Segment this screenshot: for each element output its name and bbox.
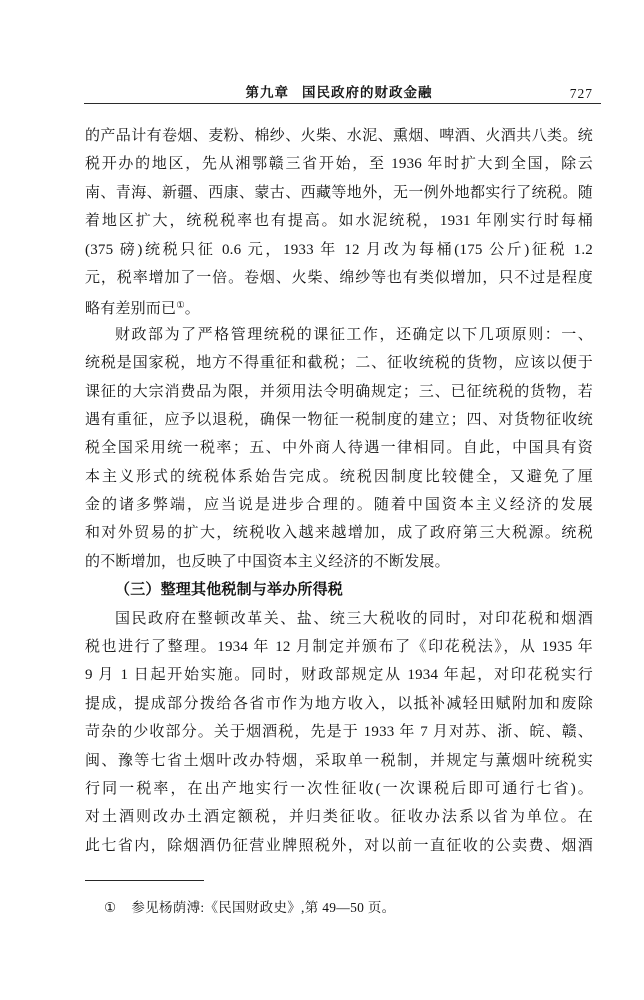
paragraph: 的产品计有卷烟、麦粉、棉纱、火柴、水泥、熏烟、啤酒、火酒共八类。统税开办的地区，… [85, 122, 593, 321]
text-line: 略有差别而已①。 [85, 292, 593, 320]
text-line: 的产品计有卷烟、麦粉、棉纱、火柴、水泥、熏烟、啤酒、火酒共八类。统 [85, 122, 593, 150]
text-line: (375 磅)统税只征 0.6 元，1933 年 12 月改为每桶(175 公斤… [85, 236, 593, 264]
text-line: 行同一税率，在出产地实行一次性征收(一次课税后即可通行七省)。 [85, 775, 593, 803]
text-line: 遇有重征，应予以退税，确保一物征一税制度的建立；四、对货物征收统 [85, 406, 593, 434]
book-page: 第九章国民政府的财政金融 727 的产品计有卷烟、麦粉、棉纱、火柴、水泥、熏烟、… [0, 0, 644, 1000]
text-line: 对土酒则改办土酒定额税，并归类征收。征收办法系以省为单位。在 [85, 803, 593, 831]
text-line: 苛杂的少收部分。关于烟酒税，先是于 1933 年 7 月对苏、浙、皖、赣、 [85, 718, 593, 746]
paragraph: 国民政府在整顿改革关、盐、统三大税收的同时，对印花税和烟酒税也进行了整理。193… [85, 605, 593, 861]
footnote-marker: ① [104, 898, 116, 917]
text-line: （三）整理其他税制与举办所得税 [85, 576, 593, 604]
text-line: 税全国采用统一税率；五、中外商人待遇一律相同。自此，中国具有资 [85, 434, 593, 462]
text-line: 本主义形式的统税体系始告完成。统税因制度比较健全，又避免了厘 [85, 463, 593, 491]
text-line: 课征的大宗消费品为限，并须用法令明确规定；三、已征统税的货物，若 [85, 378, 593, 406]
text-line: 和对外贸易的扩大，统税收入越来越增加，成了政府第三大税源。统税 [85, 519, 593, 547]
text-line: 此七省内，除烟酒仍征营业牌照税外，对以前一直征收的公卖费、烟酒 [85, 832, 593, 860]
body-text: 的产品计有卷烟、麦粉、棉纱、火柴、水泥、熏烟、啤酒、火酒共八类。统税开办的地区，… [85, 122, 593, 860]
footnote-separator [85, 880, 204, 881]
text-line: 的不断增加，也反映了中国资本主义经济的不断发展。 [85, 548, 593, 576]
text-line: 金的诸多弊端，应当说是进步合理的。随着中国资本主义经济的发展 [85, 491, 593, 519]
section-heading: （三）整理其他税制与举办所得税 [85, 576, 593, 604]
footnote-ref-mark: ① [176, 301, 185, 311]
text-line: 闽、豫等七省土烟叶改办特烟，采取单一税制，并规定与薰烟叶统税实 [85, 747, 593, 775]
footnote-text: 参见杨荫溥:《民国财政史》,第 49—50 页。 [131, 898, 574, 917]
text-line: 国民政府在整顿改革关、盐、统三大税收的同时，对印花税和烟酒 [85, 605, 593, 633]
text-line: 税也进行了整理。1934 年 12 月制定并颁布了《印花税法》，从 1935 年 [85, 633, 593, 661]
paragraph: 财政部为了严格管理统税的课征工作，还确定以下几项原则：一、统税是国家税，地方不得… [85, 321, 593, 577]
footnote: ① 参见杨荫溥:《民国财政史》,第 49—50 页。 [104, 898, 574, 917]
text-line: 元，税率增加了一倍。卷烟、火柴、绵纱等也有类似增加，只不过是程度 [85, 264, 593, 292]
text-line: 财政部为了严格管理统税的课征工作，还确定以下几项原则：一、 [85, 321, 593, 349]
page-number: 727 [85, 86, 593, 102]
text-line: 着地区扩大，统税税率也有提高。如水泥统税，1931 年刚实行时每桶 [85, 207, 593, 235]
text-line: 税开办的地区，先从湘鄂赣三省开始，至 1936 年时扩大到全国，除云 [85, 150, 593, 178]
text-line: 9 月 1 日起开始实施。同时，财政部规定从 1934 年起，对印花税实行 [85, 661, 593, 689]
text-line: 统税是国家税，地方不得重征和截税；二、征收统税的货物，应该以便于 [85, 349, 593, 377]
header-rule [84, 103, 601, 104]
text-line: 提成，提成部分拨给各省市作为地方收入，以抵补减轻田赋附加和废除 [85, 690, 593, 718]
text-line: 南、青海、新疆、西康、蒙古、西藏等地外，无一例外地都实行了统税。随 [85, 179, 593, 207]
